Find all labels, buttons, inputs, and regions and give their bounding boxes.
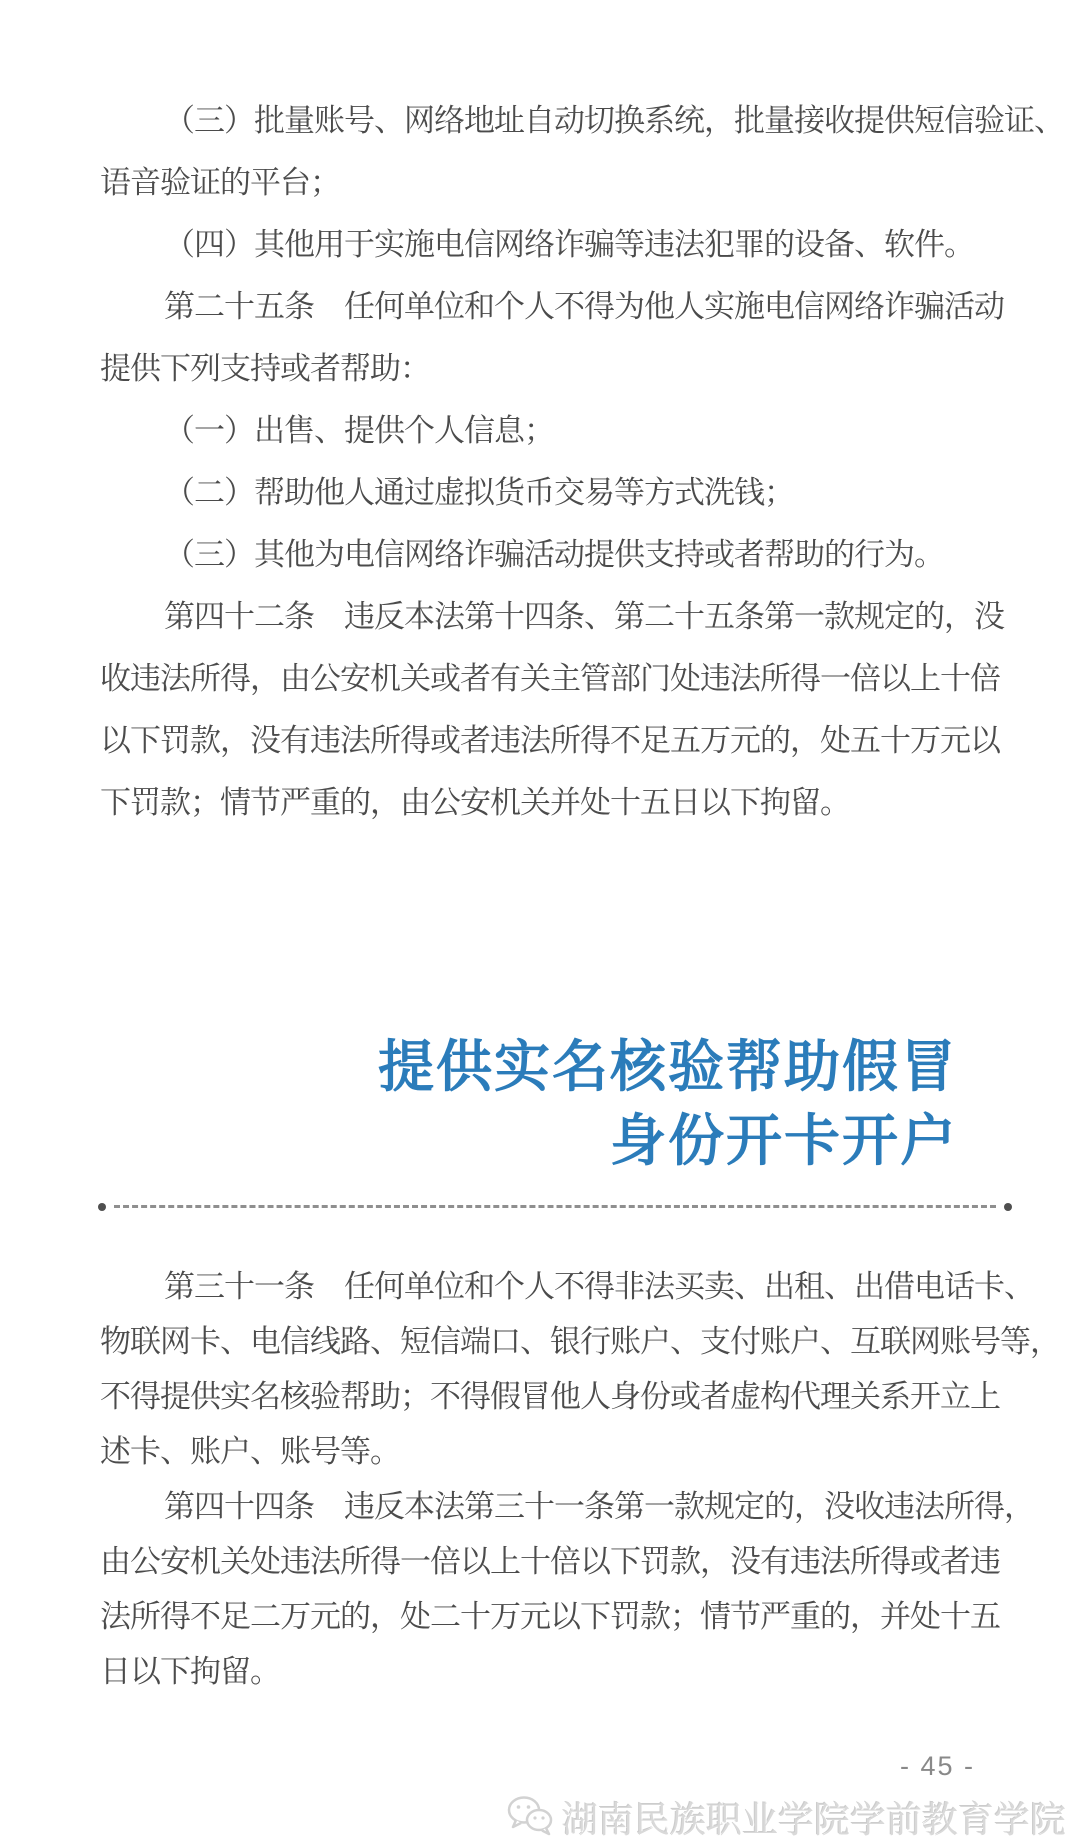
law-text-line: 下罚款；情节严重的，由公安机关并处十五日以下拘留。 (100, 772, 1008, 834)
section-heading-line2: 身份开卡开户 (0, 1104, 958, 1178)
section-heading: 提供实名核验帮助假冒 身份开卡开户 (0, 1030, 958, 1178)
dashed-separator (98, 1202, 1012, 1211)
law-text-line: 第二十五条 任何单位和个人不得为他人实施电信网络诈骗活动 (100, 276, 1008, 338)
law-text-line: （三）其他为电信网络诈骗活动提供支持或者帮助的行为。 (100, 524, 1008, 586)
law-text-line: 第四十二条 违反本法第十四条、第二十五条第一款规定的，没 (100, 586, 1008, 648)
law-text-line: 以下罚款，没有违法所得或者违法所得不足五万元的，处五十万元以 (100, 710, 1008, 772)
page-number: - 45 - (0, 1751, 975, 1782)
separator-right-dot-icon (1004, 1203, 1012, 1211)
law-text-line: （三）批量账号、网络地址自动切换系统，批量接收提供短信验证、 (100, 90, 1008, 152)
section-heading-line1: 提供实名核验帮助假冒 (0, 1030, 958, 1104)
law-text-line: 日以下拘留。 (100, 1644, 1008, 1699)
law-text-line: （四）其他用于实施电信网络诈骗等违法犯罪的设备、软件。 (100, 214, 1008, 276)
law-text-line: 第三十一条 任何单位和个人不得非法买卖、出租、出借电话卡、 (100, 1259, 1008, 1314)
law-text-line: （一）出售、提供个人信息； (100, 400, 1008, 462)
law-text-line: （二）帮助他人通过虚拟货币交易等方式洗钱； (100, 462, 1008, 524)
law-text-line: 收违法所得，由公安机关或者有关主管部门处违法所得一倍以上十倍 (100, 648, 1008, 710)
law-text-line: 第四十四条 违反本法第三十一条第一款规定的，没收违法所得， (100, 1479, 1008, 1534)
law-text-line: 物联网卡、电信线路、短信端口、银行账户、支付账户、互联网账号等， (100, 1314, 1008, 1369)
separator-left-dot-icon (98, 1203, 106, 1211)
law-text-line: 语音验证的平台； (100, 152, 1008, 214)
watermark: 湖南民族职业学院学前教育学院 (0, 1792, 1066, 1843)
law-text-line: 述卡、账户、账号等。 (100, 1424, 1008, 1479)
law-text-line: 不得提供实名核验帮助；不得假冒他人身份或者虚构代理关系开立上 (100, 1369, 1008, 1424)
document-page: （三）批量账号、网络地址自动切换系统，批量接收提供短信验证、 语音验证的平台； … (0, 0, 1080, 1844)
law-text-line: 提供下列支持或者帮助： (100, 338, 1008, 400)
law-text-line: 由公安机关处违法所得一倍以上十倍以下罚款，没有违法所得或者违 (100, 1534, 1008, 1589)
law-text-block-2: 第三十一条 任何单位和个人不得非法买卖、出租、出借电话卡、 物联网卡、电信线路、… (0, 1211, 1080, 1699)
law-text-block-1: （三）批量账号、网络地址自动切换系统，批量接收提供短信验证、 语音验证的平台； … (0, 0, 1080, 834)
law-text-line: 法所得不足二万元的，处二十万元以下罚款；情节严重的，并处十五 (100, 1589, 1008, 1644)
watermark-text: 湖南民族职业学院学前教育学院 (562, 1792, 1066, 1843)
separator-dashed-line (114, 1205, 996, 1208)
wechat-logo-icon (506, 1794, 554, 1841)
